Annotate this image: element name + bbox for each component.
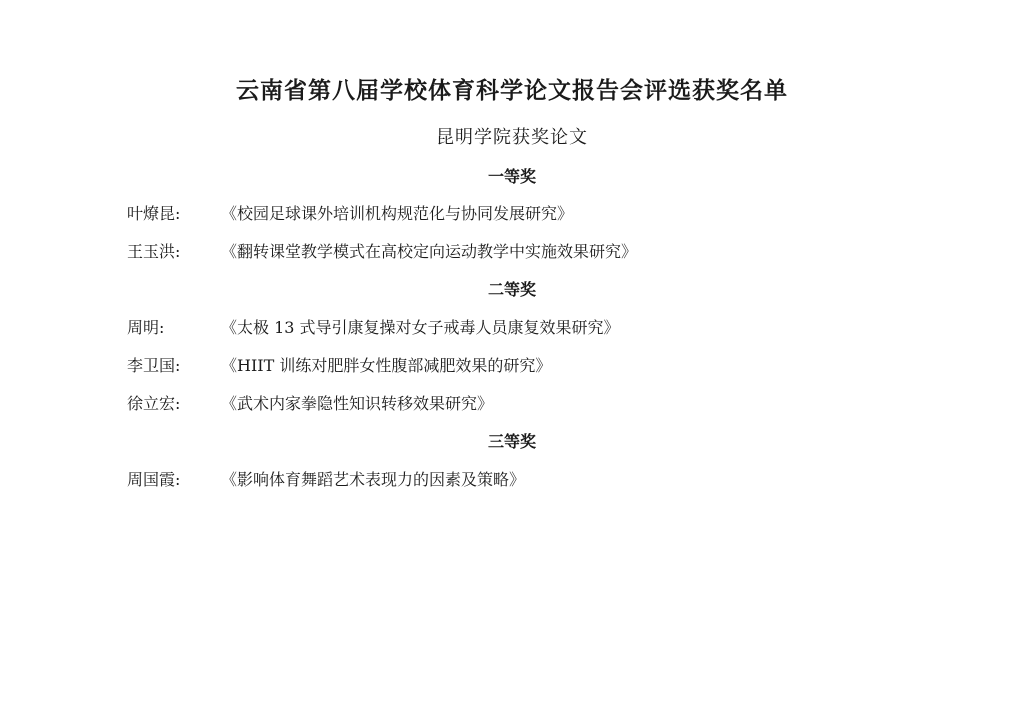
prize-heading-third: 三等奖: [0, 429, 1024, 452]
award-entry: 周明:《太极 13 式导引康复操对女子戒毒人员康复效果研究》: [127, 315, 620, 338]
author-name: 周明:: [127, 315, 221, 338]
paper-title: 《影响体育舞蹈艺术表现力的因素及策略》: [221, 467, 525, 490]
author-name: 周国霞:: [127, 467, 221, 490]
award-entry: 叶燎昆:《校园足球课外培训机构规范化与协同发展研究》: [127, 201, 573, 224]
prize-heading-first: 一等奖: [0, 164, 1024, 187]
award-entry: 李卫国:《HIIT 训练对肥胖女性腹部减肥效果的研究》: [127, 353, 551, 376]
paper-title: 《武术内家拳隐性知识转移效果研究》: [221, 391, 493, 414]
author-name: 王玉洪:: [127, 239, 221, 262]
paper-title: 《校园足球课外培训机构规范化与协同发展研究》: [221, 201, 573, 224]
author-name: 李卫国:: [127, 353, 221, 376]
author-name: 徐立宏:: [127, 391, 221, 414]
award-entry: 王玉洪:《翻转课堂教学模式在高校定向运动教学中实施效果研究》: [127, 239, 637, 262]
prize-heading-second: 二等奖: [0, 277, 1024, 300]
award-entry: 周国霞:《影响体育舞蹈艺术表现力的因素及策略》: [127, 467, 525, 490]
paper-title: 《HIIT 训练对肥胖女性腹部减肥效果的研究》: [221, 353, 551, 376]
award-entry: 徐立宏:《武术内家拳隐性知识转移效果研究》: [127, 391, 493, 414]
author-name: 叶燎昆:: [127, 201, 221, 224]
paper-title: 《翻转课堂教学模式在高校定向运动教学中实施效果研究》: [221, 239, 637, 262]
document-subtitle: 昆明学院获奖论文: [0, 123, 1024, 149]
paper-title: 《太极 13 式导引康复操对女子戒毒人员康复效果研究》: [221, 315, 620, 338]
document-title: 云南省第八届学校体育科学论文报告会评选获奖名单: [0, 72, 1024, 105]
